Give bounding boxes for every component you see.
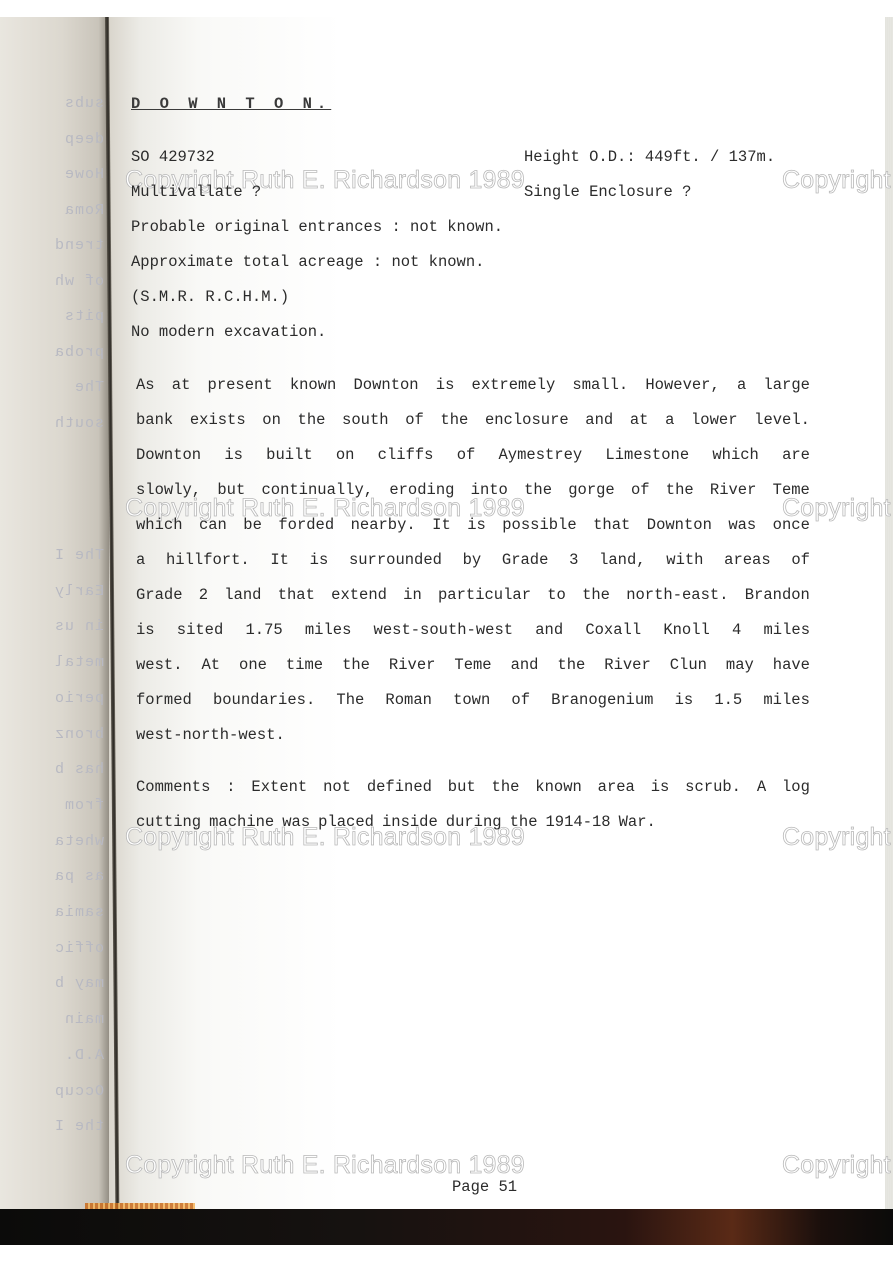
text-line: AsatpresentknownDowntonisextremelysmall.… [136,376,810,394]
show-through-text: bronz [54,726,104,743]
show-through-text: may b [54,975,104,992]
text-line: slowly,butcontinually,erodingintothegorg… [136,481,810,499]
facing-page: subsdeepHoweRomatrendof whpitsprobaTheso… [0,17,112,1209]
acreage-field: Approximate total acreage : not known. [131,253,484,271]
show-through-text: pits [64,308,104,325]
show-through-text: Early [54,583,104,600]
copyright-watermark-edge: Copyright [782,1151,891,1180]
show-through-text: the I [54,1118,104,1135]
text-line: ahillfort.ItissurroundedbyGrade3land,wit… [136,551,810,569]
excavation-field: No modern excavation. [131,323,326,341]
scanner-bed-edge [0,1209,893,1245]
show-through-text: perio [54,690,104,707]
show-through-text: in us [54,618,104,635]
show-through-text: from [64,797,104,814]
show-through-text: Occup [54,1083,104,1100]
show-through-text: metal [54,654,104,671]
facing-page-show-through: subsdeepHoweRomatrendof whpitsprobaTheso… [2,17,110,1209]
show-through-text: The [74,379,104,396]
text-line: issited1.75mileswest-south-westandCoxall… [136,621,810,639]
text-line: Comments:Extentnotdefinedbuttheknownarea… [136,778,810,796]
text-line: cuttingmachinewasplacedinsideduringthe19… [136,813,810,831]
page-stack-edge [885,17,893,1209]
sources-field: (S.M.R. R.C.H.M.) [131,288,289,306]
show-through-text: Howe [64,166,104,183]
text-line: formedboundaries.TheRomantownofBranogeni… [136,691,810,709]
show-through-text: offic [54,940,104,957]
grid-reference: SO 429732 [131,148,215,166]
show-through-text: of wh [54,273,104,290]
show-through-text: south [54,415,104,432]
site-title: D O W N T O N. [131,95,331,113]
text-line: DowntonisbuiltoncliffsofAymestreyLimesto… [136,446,810,464]
enclosure-field: Single Enclosure ? [524,183,691,201]
show-through-text: as pa [54,868,104,885]
show-through-text: subs [64,95,104,112]
copyright-watermark-edge: Copyright [782,166,891,195]
show-through-text: samia [54,904,104,921]
show-through-text: main [64,1011,104,1028]
multivallate-field: Multivallate ? [131,183,261,201]
show-through-text: A.D. [64,1047,104,1064]
text-line: west.AtonetimetheRiverTemeandtheRiverClu… [136,656,810,674]
entrances-field: Probable original entrances : not known. [131,218,503,236]
text-line: bankexistsonthesouthoftheenclosureandata… [136,411,810,429]
show-through-text: deep [64,131,104,148]
text-line: west-north-west. [136,726,810,744]
page-number: Page 51 [452,1178,517,1196]
show-through-text: proba [54,344,104,361]
text-line: Grade2landthatextendinparticulartothenor… [136,586,810,604]
show-through-text: The I [54,547,104,564]
text-line: whichcanbefordednearby.ItispossiblethatD… [136,516,810,534]
show-through-text: trend [54,237,104,254]
show-through-text: has b [54,761,104,778]
copyright-watermark: Copyright Ruth E. Richardson 1989 [125,1151,525,1180]
height-od: Height O.D.: 449ft. / 137m. [524,148,775,166]
show-through-text: wheta [54,833,104,850]
show-through-text: Roma [64,202,104,219]
